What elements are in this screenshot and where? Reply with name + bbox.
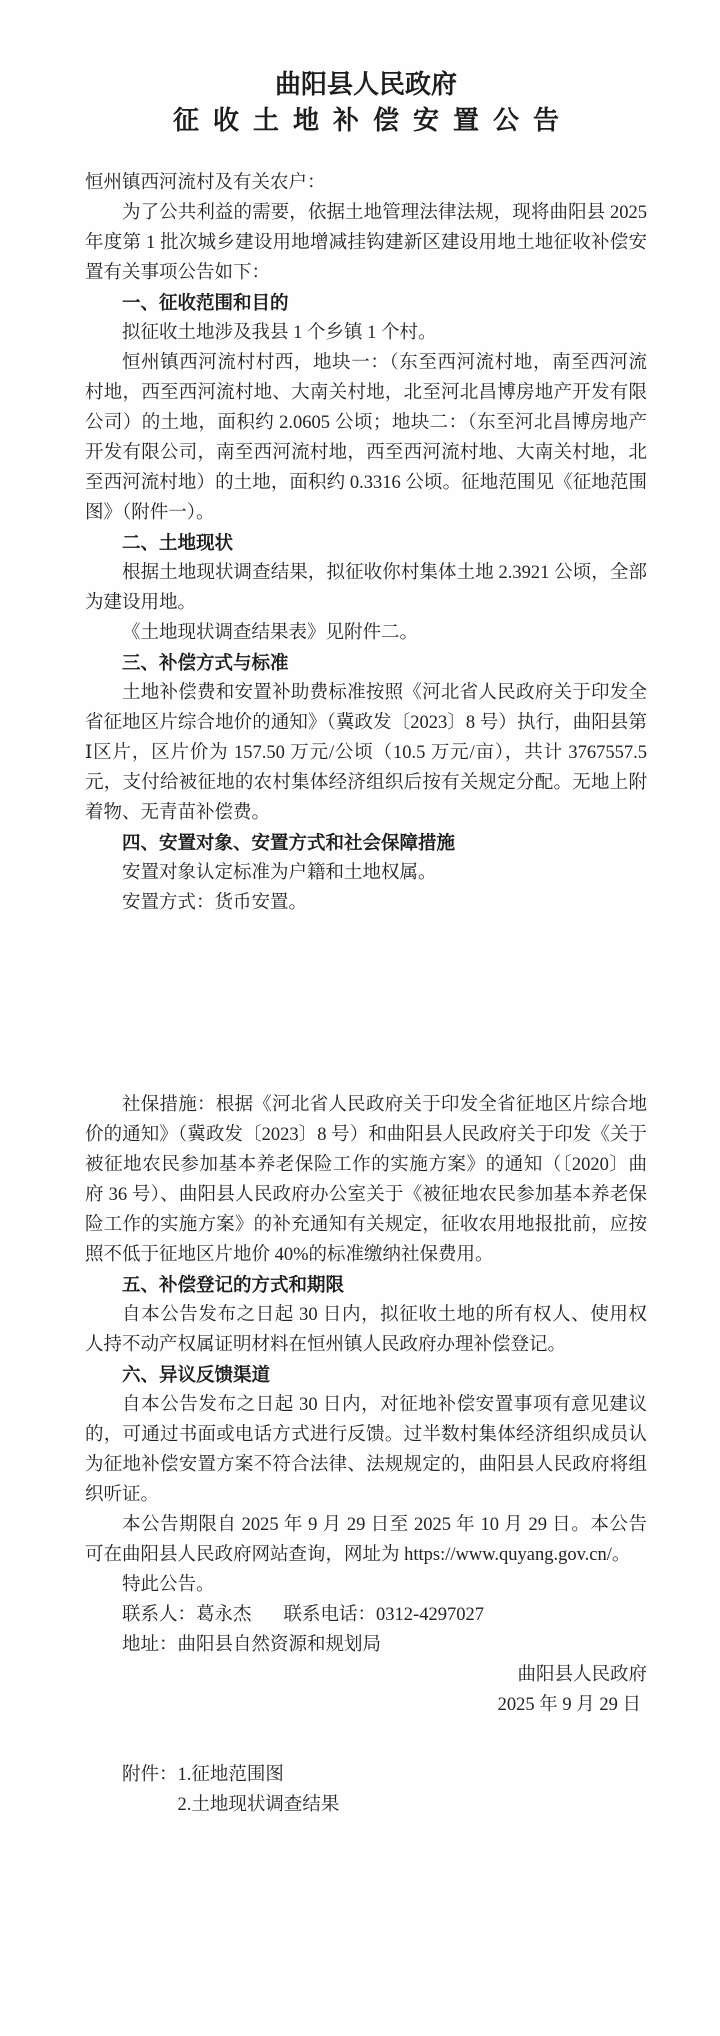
attachment-item-2: 2.土地现状调查结果	[85, 1790, 647, 1820]
announcement-document: 曲阳县人民政府 征收土地补偿安置公告 恒州镇西河流村及有关农户： 为了公共利益的…	[0, 0, 720, 1820]
attachments-label: 附件：	[122, 1765, 178, 1785]
document-main-title: 征收土地补偿安置公告	[85, 102, 661, 138]
signature-date: 2025 年 9 月 29 日	[85, 1690, 647, 1720]
contact-person-label: 联系人：	[122, 1605, 196, 1625]
page-break-gap	[85, 918, 647, 1090]
section-4-heading: 四、安置对象、安置方式和社会保障措施	[85, 828, 647, 858]
contact-person-name: 葛永杰	[196, 1605, 252, 1625]
contact-phone-number: 0312-4297027	[376, 1605, 484, 1625]
section-5-paragraph-1: 自本公告发布之日起 30 日内，拟征收土地的所有权人、使用权人持不动产权属证明材…	[85, 1300, 647, 1360]
section-2-heading: 二、土地现状	[85, 528, 647, 558]
address-value: 曲阳县自然资源和规划局	[178, 1635, 382, 1655]
section-6-paragraph-2: 本公告期限自 2025 年 9 月 29 日至 2025 年 10 月 29 日…	[85, 1510, 647, 1570]
section-4-paragraph-2: 安置方式：货币安置。	[85, 888, 647, 918]
address-label: 地址：	[122, 1635, 178, 1655]
salutation: 恒州镇西河流村及有关农户：	[85, 168, 647, 198]
section-3-paragraph-1: 土地补偿费和安置补助费标准按照《河北省人民政府关于印发全省征地区片综合地价的通知…	[85, 678, 647, 828]
section-2-paragraph-2: 《土地现状调查结果表》见附件二。	[85, 618, 647, 648]
contact-phone-label: 联系电话：	[284, 1605, 377, 1625]
section-6-paragraph-1: 自本公告发布之日起 30 日内，对征地补偿安置事项有意见建议的，可通过书面或电话…	[85, 1390, 647, 1510]
contact-line: 联系人：葛永杰联系电话：0312-4297027	[85, 1600, 647, 1630]
section-6-heading: 六、异议反馈渠道	[85, 1360, 647, 1390]
address-line: 地址：曲阳县自然资源和规划局	[85, 1630, 647, 1660]
section-4-paragraph-3: 社保措施：根据《河北省人民政府关于印发全省征地区片综合地价的通知》（冀政发〔20…	[85, 1090, 647, 1270]
section-1-paragraph-2: 恒州镇西河流村村西，地块一：（东至西河流村地，南至西河流村地，西至西河流村地、大…	[85, 348, 647, 528]
section-4-paragraph-1: 安置对象认定标准为户籍和土地权属。	[85, 858, 647, 888]
scanned-announcement-page: 曲阳县人民政府 征收土地补偿安置公告 恒州镇西河流村及有关农户： 为了公共利益的…	[0, 0, 720, 2036]
section-5-heading: 五、补偿登记的方式和期限	[85, 1270, 647, 1300]
attachments-block: 附件：1.征地范围图 2.土地现状调查结果	[85, 1760, 647, 1820]
section-1-paragraph-1: 拟征收土地涉及我县 1 个乡镇 1 个村。	[85, 318, 647, 348]
section-1-heading: 一、征收范围和目的	[85, 288, 647, 318]
section-3-heading: 三、补偿方式与标准	[85, 648, 647, 678]
attachment-item-1: 1.征地范围图	[178, 1765, 284, 1785]
attachment-line-1: 附件：1.征地范围图	[85, 1760, 647, 1790]
signature-issuer: 曲阳县人民政府	[85, 1660, 647, 1690]
document-org-title: 曲阳县人民政府	[85, 66, 647, 102]
section-2-paragraph-1: 根据土地现状调查结果，拟征收你村集体土地 2.3921 公顷，全部为建设用地。	[85, 558, 647, 618]
closing-statement: 特此公告。	[85, 1570, 647, 1600]
intro-paragraph: 为了公共利益的需要，依据土地管理法律法规，现将曲阳县 2025 年度第 1 批次…	[85, 198, 647, 288]
